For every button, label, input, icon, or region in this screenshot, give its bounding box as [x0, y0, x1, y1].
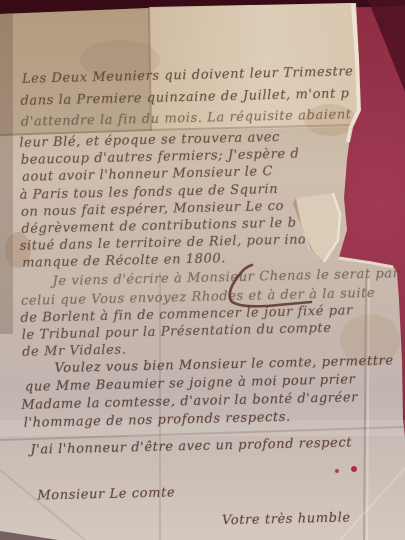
letter-line: Votre très humble	[222, 510, 351, 528]
cloth-fold-shadow	[368, 0, 405, 92]
letter-line: dans la Premiere quinzaine de Juillet, m…	[20, 86, 349, 108]
letter-line: J'ai l'honneur d'être avec un profond re…	[30, 435, 352, 457]
letter-line: l'hommage de nos profonds respects.	[24, 410, 291, 431]
letter-line: Les Deux Meuniers qui doivent leur Trime…	[22, 64, 354, 87]
photo-of-letter: Les Deux Meuniers qui doivent leur Trime…	[0, 0, 405, 540]
letter-line: manque de Récolte en 1800.	[22, 251, 226, 271]
letter-line: d'attendre la fin du mois. La réquisite …	[21, 107, 366, 130]
letter-line: Monsieur Le comte	[37, 485, 175, 503]
letter-line: de Mr Vidales.	[22, 342, 127, 359]
handwritten-text: Les Deux Meuniers qui doivent leur Trime…	[0, 0, 405, 540]
letter-line: aout avoir l'honneur Monsieur le C	[22, 164, 273, 185]
